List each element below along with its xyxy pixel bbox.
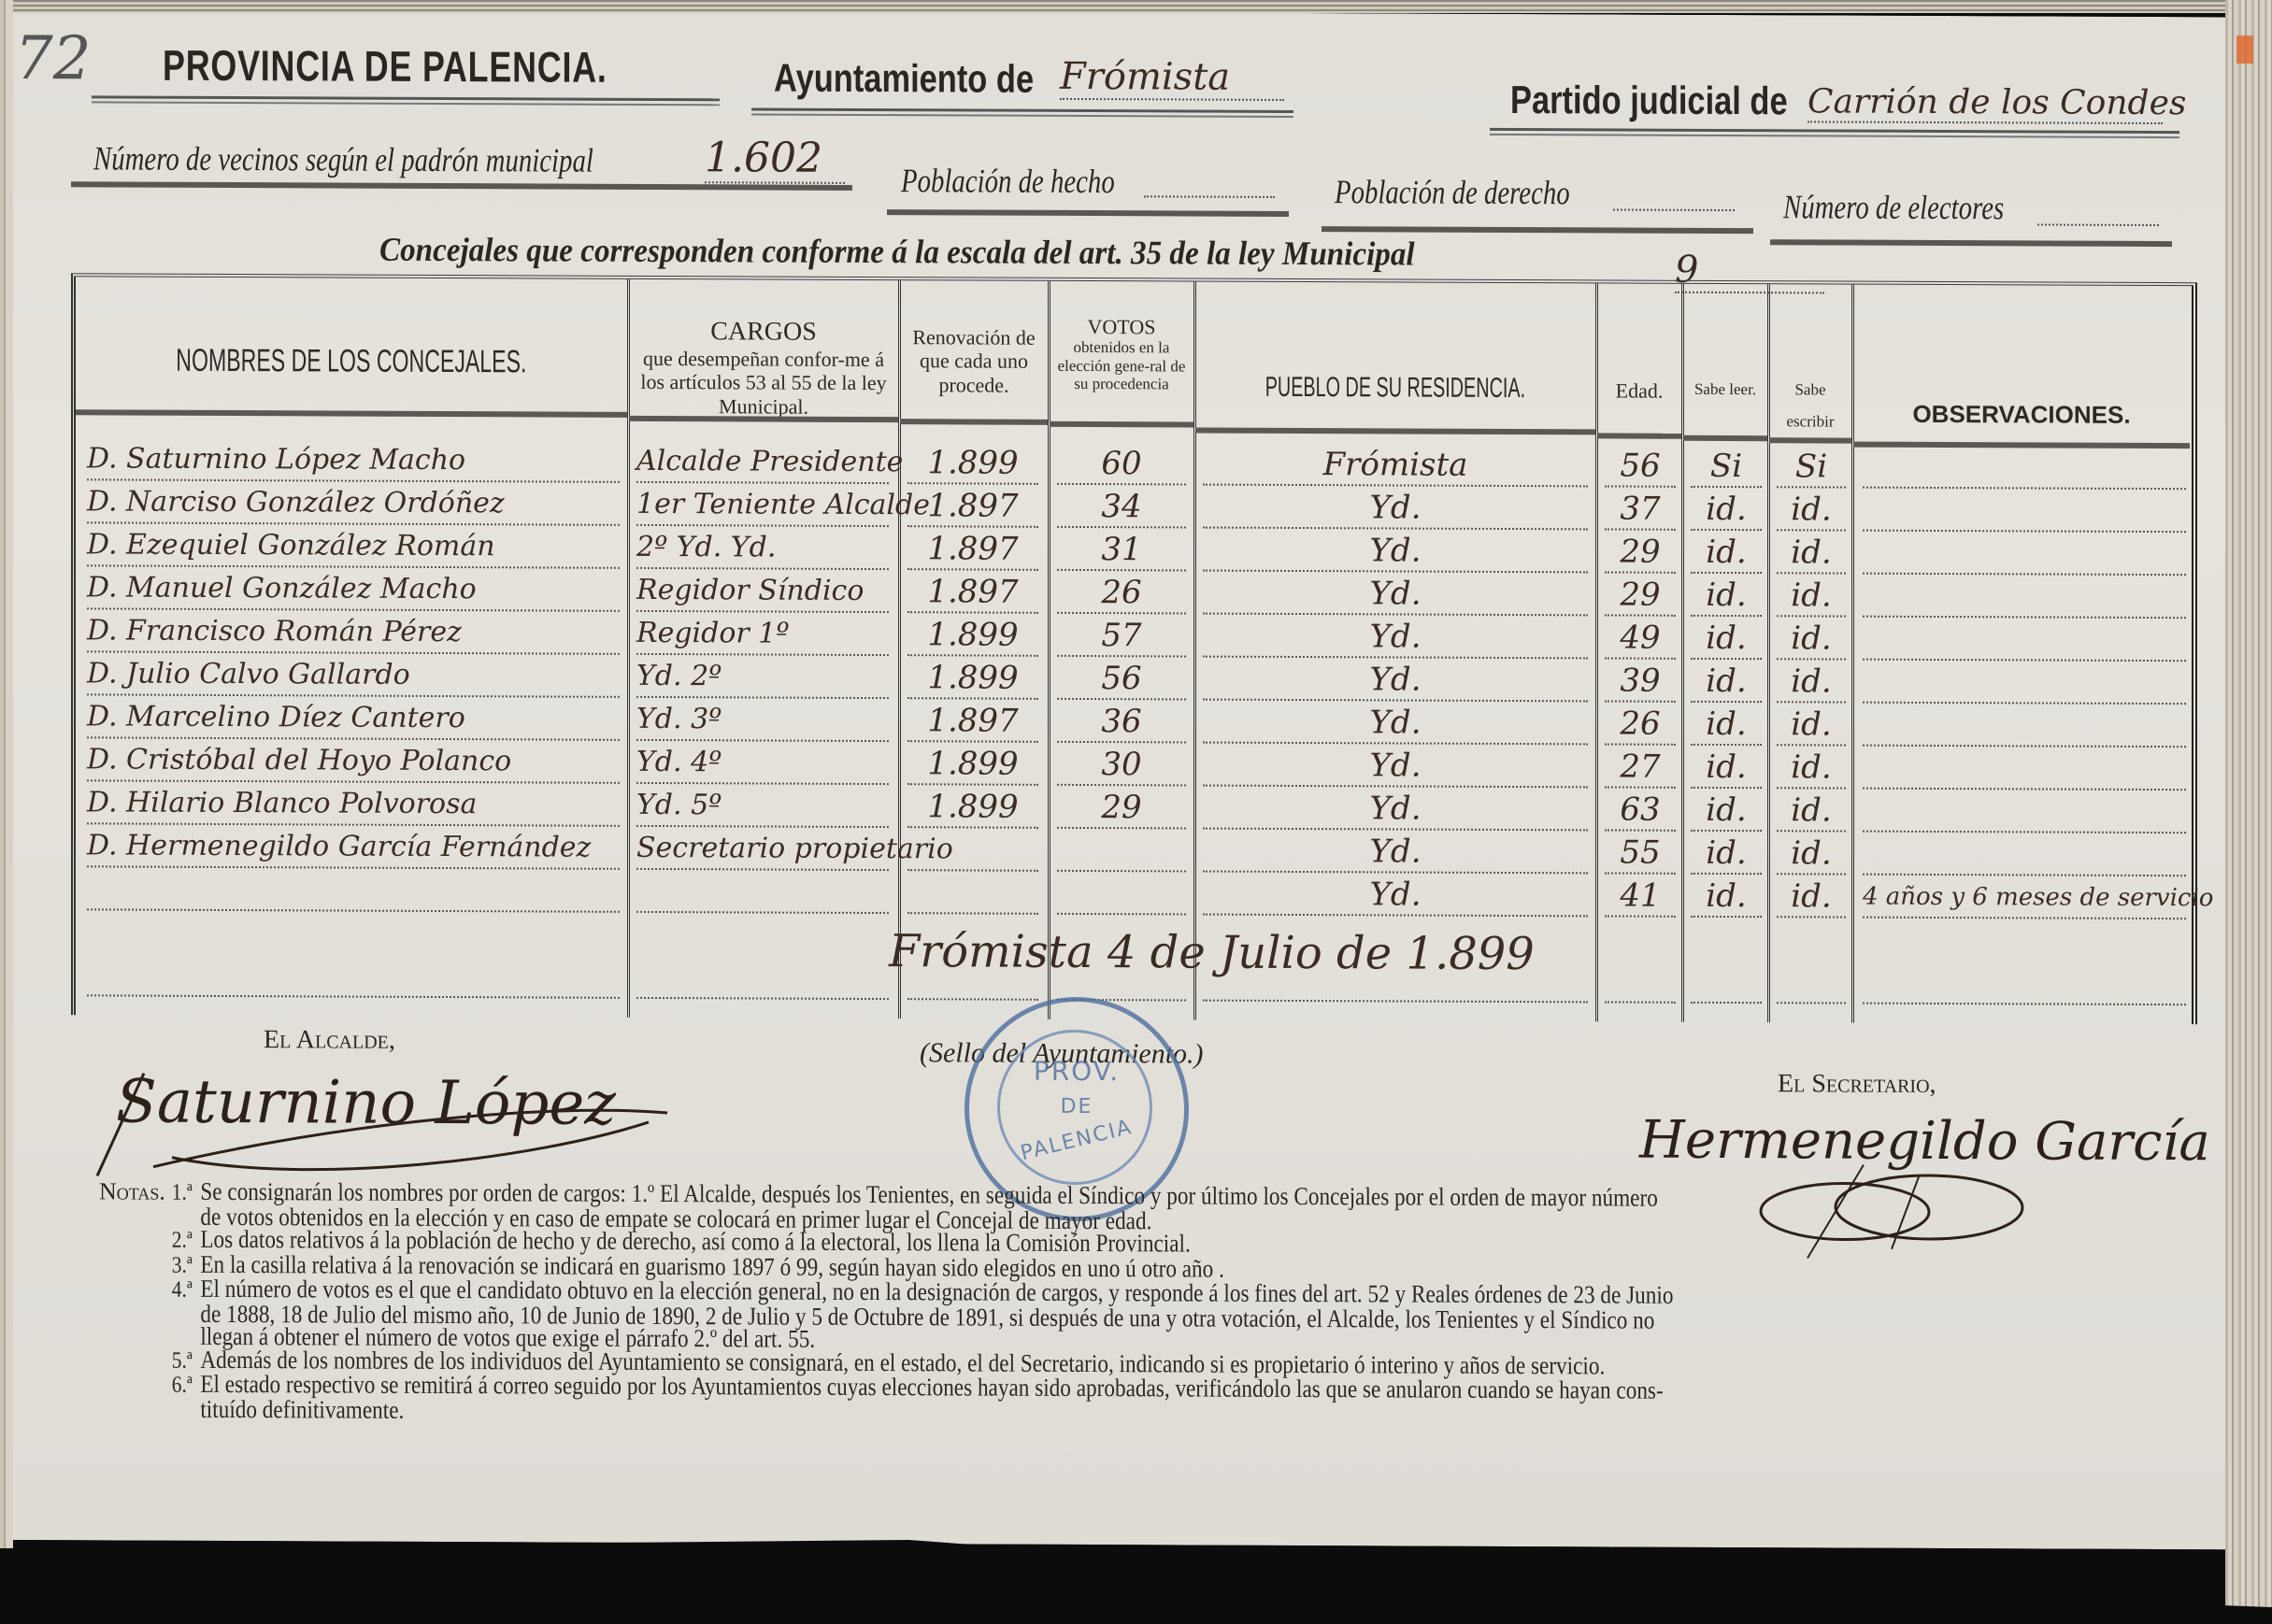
partido-field: Partido judicial de [1510, 78, 1849, 125]
cell-escribir: id. [1777, 533, 1846, 574]
cell-leer: id. [1691, 705, 1762, 746]
cell-cargo: Yd. 2º [636, 657, 889, 699]
cell-observaciones [1863, 491, 2186, 534]
cell-escribir: id. [1777, 576, 1846, 617]
cell-pueblo: Yd. [1203, 531, 1588, 574]
cell-leer: id. [1691, 619, 1762, 660]
secretario-label: El Secretario, [1778, 1069, 1936, 1100]
cell-nombre: D. Cristóbal del Hoyo Polanco [87, 740, 620, 783]
cell-votos: 29 [1057, 788, 1186, 830]
cell-pueblo: Yd. [1203, 574, 1588, 617]
cell-renovacion: 1.897 [907, 486, 1038, 528]
cell-leer: id. [1691, 791, 1762, 832]
cell-edad: 49 [1605, 618, 1676, 659]
cell-renovacion: 1.897 [907, 529, 1038, 571]
cell-observaciones [1863, 577, 2186, 620]
header-sabe-leer: Sabe leer. [1683, 374, 1767, 406]
divider [92, 95, 720, 106]
cell-edad: 27 [1605, 747, 1676, 788]
header-votos: VOTOS obtenidos en la elección gene-ral … [1050, 315, 1193, 394]
cell-observaciones [1863, 748, 2186, 791]
note-number: 3.ª [157, 1254, 193, 1277]
cell-edad: 41 [1605, 876, 1676, 917]
cell-edad: 39 [1605, 661, 1676, 702]
cell-pueblo: Yd. [1203, 875, 1588, 918]
cell-edad: 29 [1605, 575, 1676, 616]
cell-votos: 30 [1057, 745, 1186, 787]
cell-cargo [636, 872, 889, 914]
cell-leer: id. [1691, 576, 1762, 617]
cell-nombre: D. Marcelino Díez Cantero [87, 697, 620, 740]
cell-escribir: id. [1777, 705, 1846, 746]
divider [1770, 239, 2172, 247]
divider [751, 107, 1293, 118]
cell-cargo: Yd. 5º [636, 786, 889, 828]
cell-escribir: id. [1777, 662, 1846, 703]
note-number: 4.ª [157, 1279, 193, 1303]
cell-leer: Si [1691, 447, 1762, 488]
cell-nombre: D. Saturnino López Macho [87, 439, 620, 482]
cell-edad: 29 [1605, 532, 1676, 573]
cell-observaciones [1863, 448, 2186, 491]
cell-observaciones [1863, 791, 2186, 834]
cell-pueblo: Yd. [1203, 789, 1588, 832]
cell-cargo: Yd. 4º [636, 743, 889, 785]
ayuntamiento-label: Ayuntamiento de [774, 56, 1034, 102]
cell-observaciones [1863, 834, 2186, 877]
cell-escribir: Si [1777, 447, 1846, 488]
poblacion-derecho-label: Población de derecho [1335, 172, 1570, 212]
cell-escribir: id. [1777, 490, 1846, 531]
cell-nombre: D. Manuel González Macho [87, 568, 620, 611]
cell-nombre [87, 869, 620, 912]
document-page: 72 PROVINCIA DE PALENCIA. Ayuntamiento d… [13, 7, 2230, 1549]
cell-renovacion: 1.899 [907, 744, 1038, 786]
header-pueblo: PUEBLO DE SU RESIDENCIA. [1195, 372, 1595, 406]
cell-edad: 26 [1605, 704, 1676, 745]
ayuntamiento-value: Frómista [1060, 55, 1284, 101]
poblacion-hecho-value [1144, 195, 1275, 198]
cell-pueblo: Yd. [1203, 488, 1588, 531]
cell-leer: id. [1691, 533, 1762, 574]
alcalde-label: El Alcalde, [264, 1025, 395, 1056]
cell-escribir: id. [1777, 833, 1846, 875]
cell-cargo: Yd. 3º [636, 700, 889, 742]
signature-flourish-icon [69, 1063, 705, 1188]
cell-leer: id. [1691, 490, 1762, 531]
cell-leer: id. [1691, 748, 1762, 789]
cell-nombre: D. Francisco Román Pérez [87, 611, 620, 654]
cell-pueblo: Yd. [1203, 746, 1588, 789]
divider [1322, 226, 1753, 234]
cell-leer: id. [1691, 662, 1762, 703]
cell-pueblo: Yd. [1203, 617, 1588, 660]
note-number: 6.ª [157, 1375, 193, 1398]
partido-label: Partido judicial de [1510, 78, 1788, 123]
header-observaciones: OBSERVACIONES. [1853, 401, 2190, 430]
cell-renovacion: 1.899 [907, 443, 1038, 485]
cell-escribir: id. [1777, 619, 1846, 660]
cell-nombre: D. Hermenegildo García Fernández [87, 826, 620, 869]
date-line: Frómista 4 de Julio de 1.899 [889, 925, 1535, 980]
cell-leer: id. [1691, 833, 1762, 875]
cell-escribir: id. [1777, 791, 1846, 832]
cell-nombre: D. Narciso González Ordóñez [87, 482, 620, 525]
cell-renovacion [907, 873, 1038, 915]
cell-votos [1057, 874, 1186, 916]
divider [1490, 128, 2179, 138]
cell-pueblo: Yd. [1203, 703, 1588, 746]
cell-escribir: id. [1777, 748, 1846, 789]
margin-note: 72 [15, 24, 91, 93]
cell-observaciones: 4 años y 6 meses de servicio [1863, 877, 2186, 920]
cell-votos: 31 [1057, 530, 1186, 572]
cell-cargo: Secretario propietario [636, 829, 889, 871]
page-edge-left [0, 0, 13, 1624]
partido-value: Carrión de los Condes [1808, 82, 2163, 124]
concejales-label: Concejales que corresponden conforme á l… [379, 230, 1415, 274]
cell-votos [1057, 831, 1186, 873]
cell-observaciones [1863, 662, 2186, 705]
cell-renovacion: 1.899 [907, 615, 1038, 657]
background-shadow [0, 1540, 2272, 1624]
cell-edad: 56 [1605, 446, 1676, 487]
cell-edad: 55 [1605, 833, 1676, 874]
cell-observaciones [1863, 620, 2186, 662]
cell-escribir: id. [1777, 876, 1846, 918]
header-renovacion: Renovación de que cada uno procede. [900, 325, 1048, 397]
table-row: Yd.41id.id.4 años y 6 meses de servicio [76, 871, 2192, 923]
cell-renovacion [907, 830, 1038, 872]
cell-cargo: Alcalde Presidente [636, 442, 889, 484]
cell-pueblo: Yd. [1203, 832, 1588, 875]
cell-edad: 63 [1605, 790, 1676, 831]
note-number: 5.ª [157, 1349, 193, 1373]
bookmark-tab [2236, 36, 2253, 64]
cell-pueblo: Yd. [1203, 660, 1588, 703]
cell-observaciones [1863, 534, 2186, 577]
cell-votos: 26 [1057, 573, 1186, 615]
electores-value [2037, 223, 2159, 226]
cell-renovacion: 1.899 [907, 658, 1038, 700]
province-title: PROVINCIA DE PALENCIA. [163, 40, 733, 93]
table-body: D. Saturnino López MachoAlcalde Presiden… [76, 277, 2192, 286]
note-text: tituído definitivamente. [200, 1394, 404, 1423]
notes-section: 1.ªSe consignarán los nombres por orden … [99, 1179, 2202, 1429]
cell-leer: id. [1691, 876, 1762, 918]
header-nombres: NOMBRES DE LOS CONCEJALES. [76, 342, 627, 381]
cell-nombre: D. Julio Calvo Gallardo [87, 654, 620, 697]
header-cargos: CARGOS que desempeñan confor-me á los ar… [629, 317, 898, 419]
divider [887, 209, 1289, 217]
cell-renovacion: 1.897 [907, 701, 1038, 743]
cell-votos: 60 [1057, 444, 1186, 486]
concejales-table: NOMBRES DE LOS CONCEJALES. CARGOS que de… [71, 273, 2197, 1024]
poblacion-derecho-value [1613, 208, 1735, 211]
cell-votos: 34 [1057, 487, 1186, 529]
page-edge-top [0, 0, 2272, 13]
cell-renovacion: 1.899 [907, 787, 1038, 829]
cell-nombre: D. Ezequiel González Román [87, 525, 620, 568]
vecinos-value: 1.602 [705, 134, 845, 184]
note-number: 2.ª [157, 1230, 193, 1253]
cell-cargo: 1er Teniente Alcalde [636, 485, 889, 527]
cell-pueblo: Frómista [1203, 445, 1588, 488]
vecinos-label: Número de vecinos según el padrón munici… [93, 138, 593, 179]
notes-label: Notas. [99, 1177, 165, 1205]
cell-nombre: D. Hilario Blanco Polvorosa [87, 783, 620, 826]
cell-cargo: 2º Yd. Yd. [636, 528, 889, 570]
cell-votos: 36 [1057, 702, 1186, 744]
header-edad: Edad. [1597, 378, 1681, 403]
ayuntamiento-field: Ayuntamiento de [774, 56, 1091, 103]
cell-edad: 37 [1605, 489, 1676, 530]
cell-votos: 56 [1057, 659, 1186, 701]
cell-renovacion: 1.897 [907, 572, 1038, 614]
header-sabe-escribir: Sabe escribir [1769, 374, 1851, 437]
poblacion-hecho-label: Población de hecho [901, 161, 1115, 201]
cell-cargo: Regidor Síndico [636, 571, 889, 613]
book-binding [2225, 0, 2272, 1624]
cell-votos: 57 [1057, 616, 1186, 658]
cell-cargo: Regidor 1º [636, 614, 889, 656]
electores-label: Número de electores [1783, 187, 2004, 227]
cell-observaciones [1863, 705, 2186, 748]
